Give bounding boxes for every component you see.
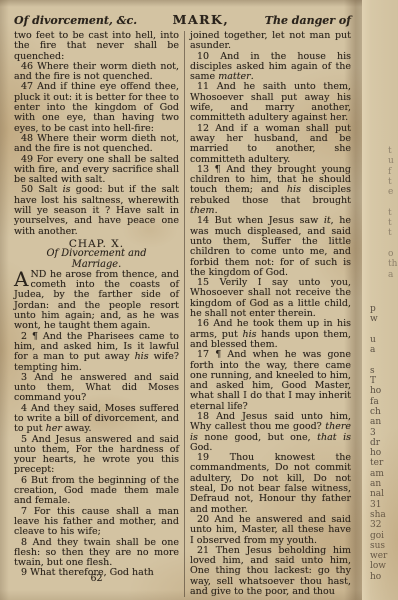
next-page-text-fragment bbox=[388, 197, 397, 207]
next-page-text-fragment: am bbox=[370, 469, 387, 479]
text-column-right: joined together, let not man put asunder… bbox=[184, 31, 351, 597]
verse-number: 19 bbox=[197, 452, 230, 463]
verse: 21 Then Jesus beholding him loved him, a… bbox=[190, 546, 351, 597]
verse: 10 And in the house his disciples asked … bbox=[190, 52, 351, 83]
verse: 17 ¶ And when he was gone forth into the… bbox=[190, 350, 351, 412]
next-page-text-fragment: p bbox=[370, 304, 387, 314]
next-page-text-fragment: sus bbox=[370, 541, 387, 551]
verse-number: 49 bbox=[21, 154, 37, 165]
verse: 13 ¶ And they brought young children to … bbox=[190, 165, 351, 216]
verse: 7 For this cause shall a man leave his f… bbox=[14, 507, 179, 538]
next-page-text-fragment: f bbox=[388, 167, 397, 177]
next-page-text-fragment: goi bbox=[370, 531, 387, 541]
next-page-text-fragment: u bbox=[388, 156, 397, 166]
running-head-left: Of divorcement, &c. bbox=[14, 14, 137, 27]
next-page-text-fragment: t bbox=[388, 146, 397, 156]
verse-number: 2 ¶ bbox=[21, 331, 43, 342]
page-number: 62 bbox=[14, 573, 179, 584]
next-page-text-fragment: a bbox=[388, 270, 397, 280]
verse-number: 20 bbox=[197, 514, 214, 525]
verse-number: 14 bbox=[197, 215, 215, 226]
next-page-text-fragment: w bbox=[370, 314, 387, 324]
next-page-text-fragment: wer bbox=[370, 551, 387, 561]
next-page-text-fragment: t bbox=[388, 208, 397, 218]
verse-number: 10 bbox=[197, 51, 220, 62]
next-page-text-fragment: u bbox=[370, 335, 387, 345]
next-page-text-fragment: 3 bbox=[370, 428, 387, 438]
continuation-paragraph: two feet to be cast into hell, into the … bbox=[14, 31, 179, 62]
next-page-text-fragment: an bbox=[370, 417, 387, 427]
next-page-text-fragment: dr bbox=[370, 438, 387, 448]
verse-number: 21 bbox=[197, 545, 216, 556]
verse-number: 18 bbox=[197, 411, 216, 422]
verse: 2 ¶ And the Pharisees came to him, and a… bbox=[14, 332, 179, 373]
verse: 49 For every one shall be salted with fi… bbox=[14, 155, 179, 186]
next-page-text-fragment: 31 bbox=[370, 500, 387, 510]
verse: 19 Thou knowest the commandments, Do not… bbox=[190, 453, 351, 515]
next-page-text-fragment: ho bbox=[370, 386, 387, 396]
verse-number: 12 bbox=[197, 123, 215, 134]
next-page-text-fragment: sha bbox=[370, 510, 387, 520]
verse-number: 3 bbox=[21, 372, 34, 383]
verse: 46 Where their worm dieth not, and the f… bbox=[14, 62, 179, 83]
verse: 8 And they twain shall be one flesh: so … bbox=[14, 538, 179, 569]
verse-number: 15 bbox=[197, 277, 220, 288]
text-column-left: two feet to be cast into hell, into the … bbox=[14, 31, 184, 597]
verse: 18 And Jesus said unto him, Why callest … bbox=[190, 412, 351, 453]
next-page-text-fragment: th bbox=[388, 259, 397, 269]
verse: 6 But from the beginning of the creation… bbox=[14, 476, 179, 507]
next-page-text-fragment: t bbox=[388, 218, 397, 228]
verse: 5 And Jesus answered and said unto them,… bbox=[14, 435, 179, 476]
verse: 3 And he answered and said unto them, Wh… bbox=[14, 373, 179, 404]
verse: 47 And if thine eye offend thee, pluck i… bbox=[14, 82, 179, 133]
verse-number: 7 bbox=[21, 506, 34, 517]
verse-number: 48 bbox=[21, 133, 37, 144]
text-columns: two feet to be cast into hell, into the … bbox=[14, 31, 351, 597]
verse-number: 47 bbox=[21, 81, 37, 92]
next-page-text-fragment bbox=[370, 325, 387, 335]
verse-number: 11 bbox=[197, 81, 217, 92]
section-title: Of Divorcement and Marriage. bbox=[36, 249, 158, 270]
next-page-text-fragment bbox=[370, 355, 387, 365]
next-page-text-fragment: ter bbox=[370, 458, 387, 468]
verse: AND he arose from thence, and cometh int… bbox=[14, 270, 179, 332]
verse: 16 And he took them up in his arms, put … bbox=[190, 319, 351, 350]
next-page-text-fragment: fa bbox=[370, 397, 387, 407]
verse: 4 And they said, Moses suffered to write… bbox=[14, 404, 179, 435]
next-page-fragments-lower: pw ua sThofachan3drhoteramannal31sha32go… bbox=[370, 304, 387, 582]
next-page-text-fragment bbox=[388, 239, 397, 249]
verse: 48 Where their worm dieth not, and the f… bbox=[14, 134, 179, 155]
next-page-text-fragment: t bbox=[388, 177, 397, 187]
next-page-text-fragment: ch bbox=[370, 407, 387, 417]
next-page-text-fragment: nal bbox=[370, 489, 387, 499]
verse: 14 But when Jesus saw it, he was much di… bbox=[190, 216, 351, 278]
verse: 11 And he saith unto them, Whosoever sha… bbox=[190, 82, 351, 123]
continuation-paragraph: joined together, let not man put asunder… bbox=[190, 31, 351, 52]
verse-number: 13 ¶ bbox=[197, 164, 226, 175]
running-head-right: The danger of bbox=[265, 14, 351, 27]
verse: 12 And if a woman shall put away her hus… bbox=[190, 124, 351, 165]
next-page-text-fragment: s bbox=[370, 366, 387, 376]
page-content: Of divorcement, &c. MARK, The danger of … bbox=[14, 12, 351, 597]
drop-cap: A bbox=[14, 270, 30, 289]
next-page-text-fragment: e bbox=[388, 187, 397, 197]
next-page-text-fragment: ho bbox=[370, 572, 387, 582]
next-page-text-fragment: T bbox=[370, 376, 387, 386]
verse-number: 16 bbox=[197, 318, 213, 329]
next-page-text-fragment: 32 bbox=[370, 520, 387, 530]
verse-number: 6 bbox=[21, 475, 31, 486]
next-page-text-fragment: t bbox=[388, 228, 397, 238]
next-page-text-fragment: a bbox=[370, 345, 387, 355]
book-title: MARK, bbox=[173, 12, 230, 27]
verse-number: 4 bbox=[21, 403, 31, 414]
next-page-text-fragment: ho bbox=[370, 448, 387, 458]
verse-number: 8 bbox=[21, 537, 33, 548]
running-head: Of divorcement, &c. MARK, The danger of bbox=[14, 12, 351, 27]
next-page-text-fragment: o bbox=[388, 249, 397, 259]
next-page-text-fragment: an bbox=[370, 479, 387, 489]
verse: 20 And he answered and said unto him, Ma… bbox=[190, 515, 351, 546]
verse: 50 Salt is good: but if the salt have lo… bbox=[14, 185, 179, 236]
scanned-bible-page: Of divorcement, &c. MARK, The danger of … bbox=[0, 0, 398, 600]
verse-number: 17 ¶ bbox=[197, 349, 227, 360]
verse-number: 46 bbox=[21, 61, 37, 72]
verse-number: 50 bbox=[21, 184, 38, 195]
verse-number: 5 bbox=[21, 434, 32, 445]
next-page-text-fragment: low bbox=[370, 561, 387, 571]
next-page-edge: tufte ttt otha pw ua sThofachan3drhotera… bbox=[362, 0, 398, 600]
verse: 15 Verily I say unto you, Whosoever shal… bbox=[190, 278, 351, 319]
next-page-fragments-upper: tufte ttt otha bbox=[388, 146, 397, 280]
